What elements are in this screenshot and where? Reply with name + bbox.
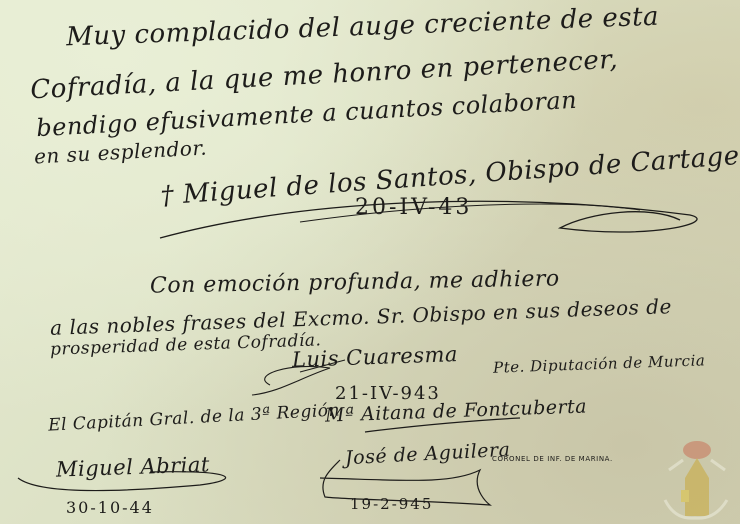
cuaresma-signature: Luis Cuaresma — [292, 342, 459, 372]
entry-2-title: Pte. Diputación de Murcia — [493, 351, 706, 376]
entry-3-title: El Capitán Gral. de la 3ª Región — [48, 400, 341, 435]
crest-icon — [655, 430, 735, 524]
aguilera-signature: José de Aguilera — [345, 439, 511, 470]
entry-1-date: 20-IV-43 — [355, 195, 472, 220]
entry-2-line-2: a las nobles frases del Excmo. Sr. Obisp… — [50, 294, 672, 340]
document-page: Muy complacido del auge creciente de est… — [0, 0, 740, 524]
entry-2-line-1: Con emoción profunda, me adhiero — [150, 266, 560, 298]
entry-1-line-1: Muy complacido del auge creciente de est… — [66, 2, 660, 53]
entry-5-rank: CORONEL DE INF. DE MARINA. — [492, 455, 613, 463]
abriat-signature: Miguel Abriat — [56, 452, 211, 481]
entry-3-date: 30-10-44 — [66, 498, 154, 517]
entry-5-date: 19-2-945 — [350, 495, 433, 513]
